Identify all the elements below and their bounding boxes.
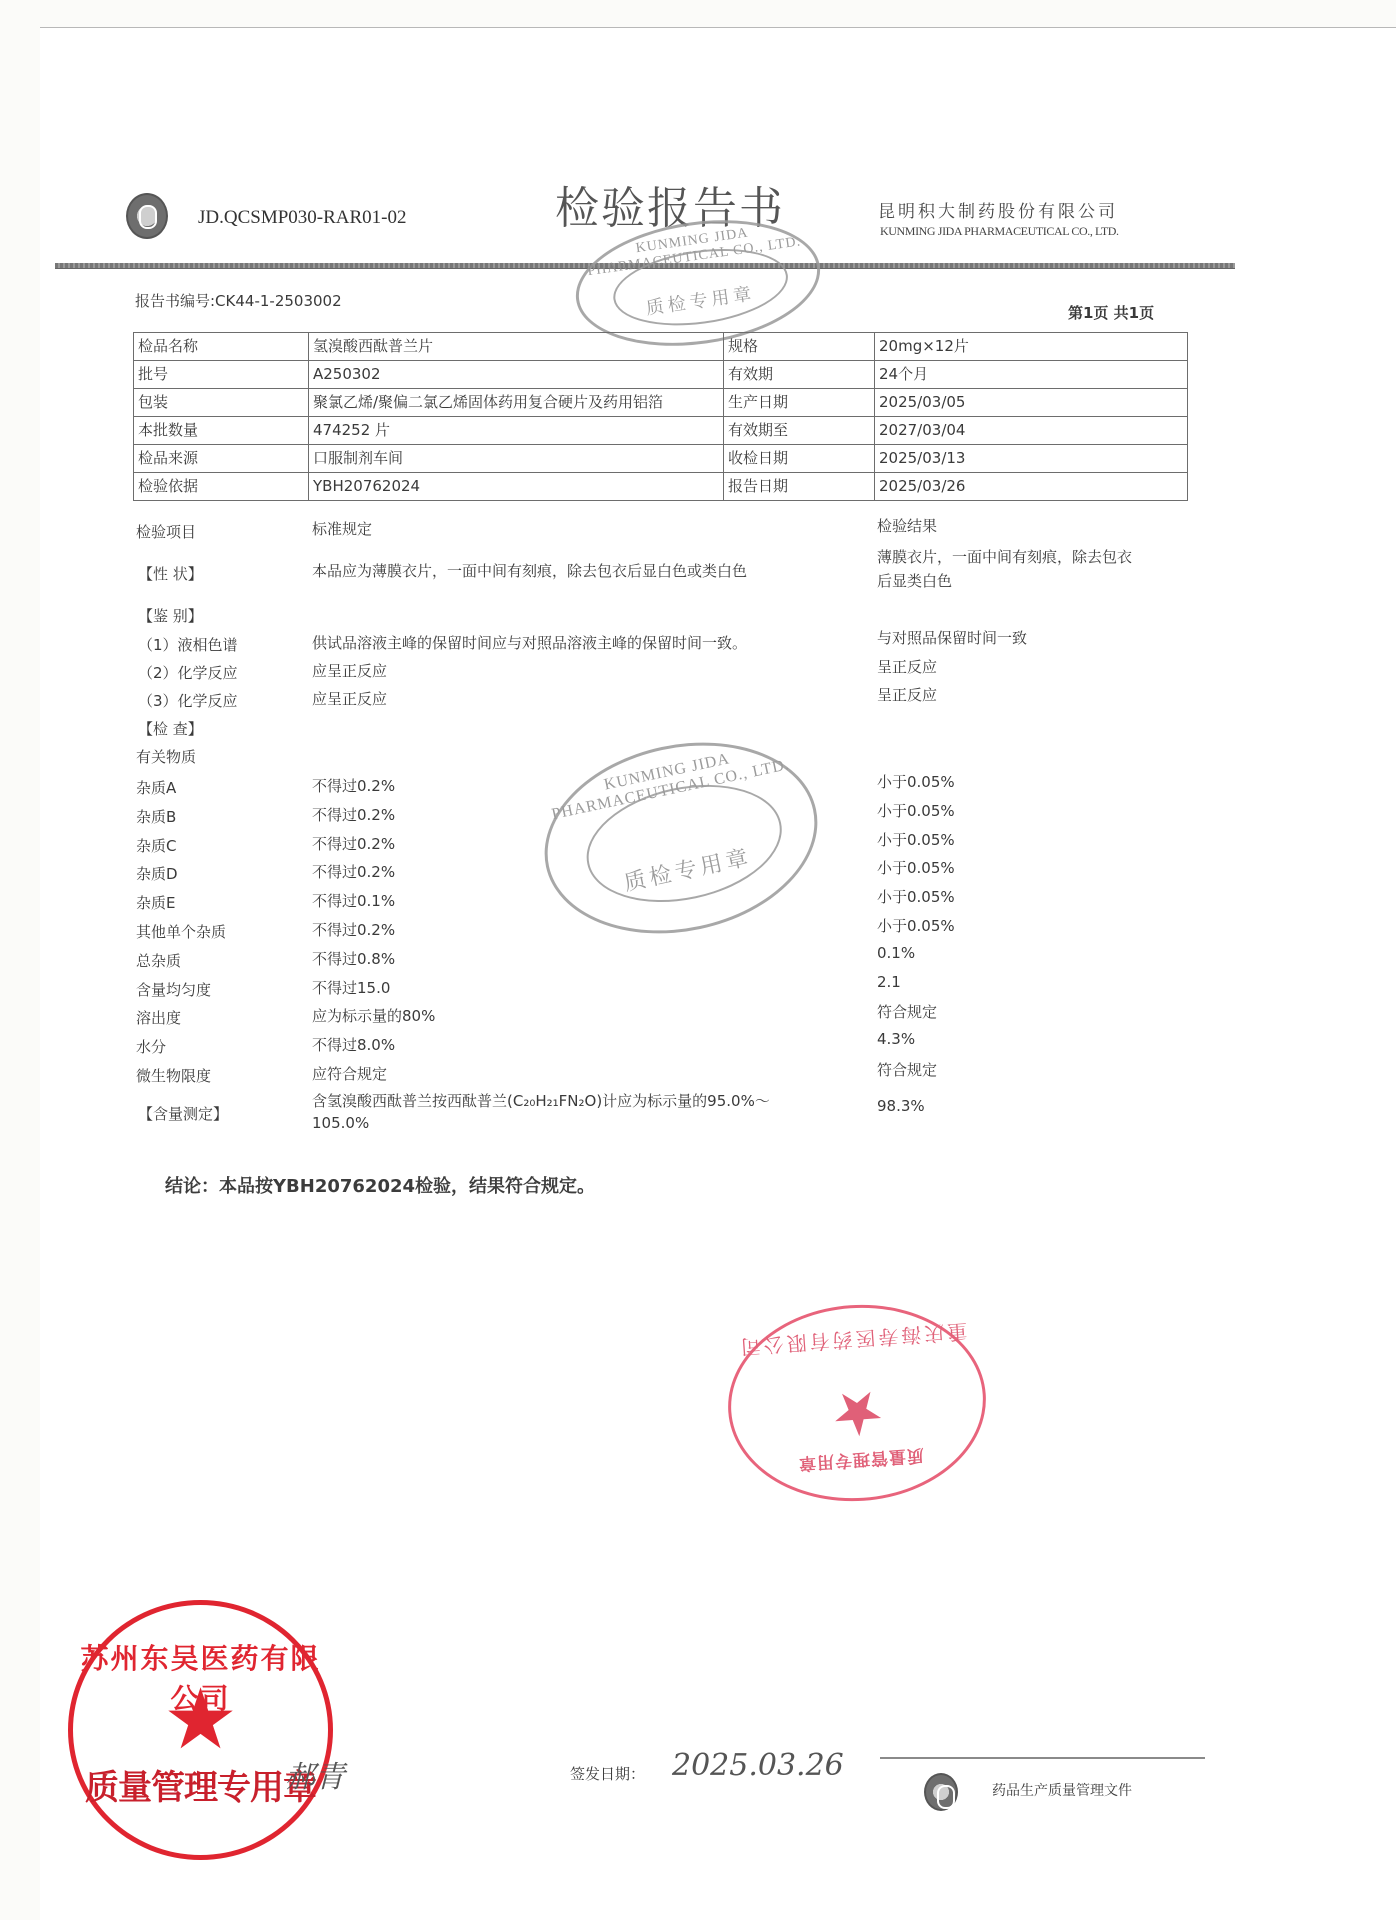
table-row: 检品名称 氢溴酸西酞普兰片 规格 20mg×12片 [134,333,1188,361]
inspection-result: 2.1 [877,973,901,991]
column-header-result: 检验结果 [877,515,937,536]
info-label: 包装 [134,389,309,417]
footer-text: 药品生产质量管理文件 [992,1780,1132,1800]
info-value: 2027/03/04 [875,417,1188,445]
signature-line [880,1757,1205,1759]
info-label: 检验依据 [134,473,309,501]
info-label: 报告日期 [724,473,875,501]
inspection-standard: 不得过0.2% [312,833,395,854]
inspection-standard: 不得过8.0% [312,1034,395,1055]
inspection-result: 0.1% [877,944,915,962]
info-label: 检品来源 [134,445,309,473]
inspection-item: 含量均匀度 [136,979,211,1000]
issue-date: 2025.03.26 [672,1748,844,1783]
info-value: 聚氯乙烯/聚偏二氯乙烯固体药用复合硬片及药用铝箔 [309,389,724,417]
table-row: 批号 A250302 有效期 24个月 [134,361,1188,389]
info-label: 本批数量 [134,417,309,445]
signature: 郝青 [285,1752,345,1796]
standard-identification: 应呈正反应 [312,660,387,681]
company-logo-icon [924,1773,958,1811]
standard-appearance: 本品应为薄膜衣片，一面中间有刻痕，除去包衣后显白色或类白色 [312,560,747,581]
conclusion: 结论：本品按YBH20762024检验，结果符合规定。 [165,1172,595,1198]
info-value: 474252 片 [309,417,724,445]
info-value: 2025/03/13 [875,445,1188,473]
inspection-standard: 不得过15.0 [312,977,390,998]
inspection-result: 符合规定 [877,1001,937,1022]
document-code: JD.QCSMP030-RAR01-02 [198,207,407,229]
inspection-result: 小于0.05% [877,886,955,907]
inspection-standard: 应为标示量的80% [312,1005,435,1026]
item-identification: （3）化学反应 [138,690,238,711]
info-label: 生产日期 [724,389,875,417]
info-label: 批号 [134,361,309,389]
company-name-cn: 昆明积大制药股份有限公司 [878,197,1118,222]
info-value: 2025/03/05 [875,389,1188,417]
inspection-result: 符合规定 [877,1059,937,1080]
section-identification: 【鉴 别】 [138,605,203,626]
item-identification: （1）液相色谱 [138,634,238,655]
info-label: 有效期 [724,361,875,389]
inspection-item: 溶出度 [136,1007,181,1028]
info-value: YBH20762024 [309,473,724,501]
item-identification: （2）化学反应 [138,662,238,683]
standard-identification: 应呈正反应 [312,688,387,709]
info-label: 规格 [724,333,875,361]
section-inspection: 【检 查】 [138,718,203,739]
red-quality-seal: 苏州东吴医药有限公司 ★ 质量管理专用章 [68,1600,333,1860]
inspection-standard: 不得过0.2% [312,919,395,940]
inspection-item: 其他单个杂质 [136,921,226,942]
table-row: 检验依据 YBH20762024 报告日期 2025/03/26 [134,473,1188,501]
info-value: 24个月 [875,361,1188,389]
info-value: 20mg×12片 [875,333,1188,361]
standard-identification: 供试品溶液主峰的保留时间应与对照品溶液主峰的保留时间一致。 [312,632,747,653]
result-identification: 呈正反应 [877,656,937,677]
info-value: 口服制剂车间 [309,445,724,473]
company-name-en: KUNMING JIDA PHARMACEUTICAL CO., LTD. [880,224,1119,239]
info-value: A250302 [309,361,724,389]
info-value: 氢溴酸西酞普兰片 [309,333,724,361]
column-header-standard: 标准规定 [312,518,372,539]
inspection-item: 杂质E [136,892,175,913]
result-assay: 98.3% [877,1097,925,1115]
info-label: 收检日期 [724,445,875,473]
inspection-result: 小于0.05% [877,829,955,850]
item-appearance: 【性 状】 [138,563,203,584]
inspection-item: 杂质C [136,835,176,856]
inspection-standard: 不得过0.8% [312,948,395,969]
inspection-result: 小于0.05% [877,857,955,878]
standard-assay-line2: 105.0% [312,1114,369,1132]
table-row: 检品来源 口服制剂车间 收检日期 2025/03/13 [134,445,1188,473]
page-info: 第1页 共1页 [1068,302,1154,323]
inspection-standard: 不得过0.2% [312,861,395,882]
inspection-item: 杂质A [136,777,176,798]
result-identification: 与对照品保留时间一致 [877,627,1027,648]
star-icon: ★ [73,1677,328,1761]
inspection-result: 小于0.05% [877,800,955,821]
inspection-result: 小于0.05% [877,771,955,792]
info-value: 2025/03/26 [875,473,1188,501]
info-table: 检品名称 氢溴酸西酞普兰片 规格 20mg×12片 批号 A250302 有效期… [133,332,1188,501]
table-row: 包装 聚氯乙烯/聚偏二氯乙烯固体药用复合硬片及药用铝箔 生产日期 2025/03… [134,389,1188,417]
star-icon: ★ [730,1374,986,1451]
inspection-standard: 应符合规定 [312,1063,387,1084]
table-row: 本批数量 474252 片 有效期至 2027/03/04 [134,417,1188,445]
inspection-item: 杂质B [136,806,176,827]
result-identification: 呈正反应 [877,684,937,705]
company-logo-icon [126,193,168,239]
inspection-item: 水分 [136,1036,166,1057]
item-assay: 【含量测定】 [138,1103,228,1124]
issue-date-label: 签发日期： [570,1763,645,1784]
info-label: 有效期至 [724,417,875,445]
inspection-standard: 不得过0.2% [312,804,395,825]
inspection-item: 杂质D [136,863,178,884]
inspection-item: 微生物限度 [136,1065,211,1086]
inspection-standard: 不得过0.2% [312,775,395,796]
subsection-related-substances: 有关物质 [136,746,196,767]
inspection-standard: 不得过0.1% [312,890,395,911]
result-appearance-line1: 薄膜衣片，一面中间有刻痕，除去包衣 [877,546,1132,567]
inspection-item: 总杂质 [136,950,181,971]
info-label: 检品名称 [134,333,309,361]
result-appearance-line2: 后显类白色 [877,570,952,591]
column-header-item: 检验项目 [136,521,196,542]
report-number: 报告书编号:CK44-1-2503002 [135,290,342,311]
inspection-result: 小于0.05% [877,915,955,936]
inspection-result: 4.3% [877,1030,915,1048]
standard-assay-line1: 含氢溴酸西酞普兰按西酞普兰(C₂₀H₂₁FN₂O)计应为标示量的95.0%～ [312,1090,770,1111]
